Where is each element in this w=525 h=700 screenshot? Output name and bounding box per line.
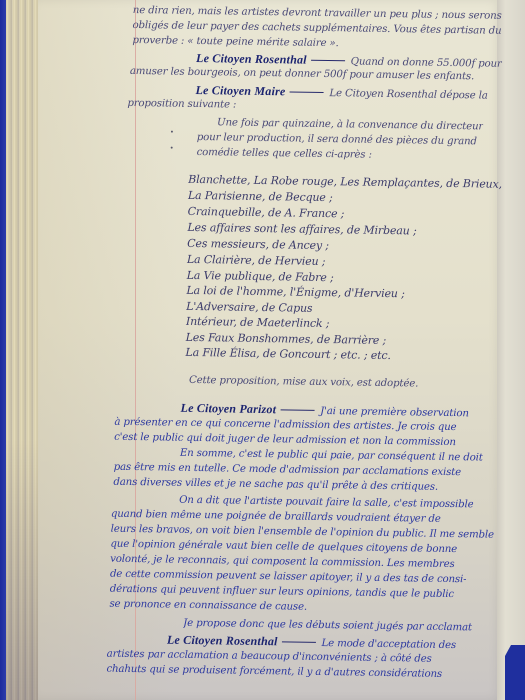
speaker-name: Le Citoyen Parizot (180, 401, 276, 416)
text-line: pour leur production, il sera donné des … (197, 132, 477, 147)
speech-text: Le Citoyen Rosenthal dépose la (329, 88, 487, 101)
speaker-name: Le Citoyen Rosenthal (167, 633, 278, 649)
play-title: Les affaires sont les affaires, de Mirbe… (187, 221, 416, 238)
bullet-mark (171, 131, 173, 133)
text-line: On a dit que l'artiste pouvait faire la … (179, 495, 474, 511)
dash-rule (289, 91, 323, 93)
right-page-edge (497, 0, 525, 700)
speech-line: Le Citoyen ParizotJ'ai une première obse… (180, 401, 468, 421)
play-title: Ces messieurs, de Ancey ; (187, 237, 329, 252)
speech-line: Le Citoyen MaireLe Citoyen Rosenthal dép… (195, 83, 487, 103)
text-line: dérations qui peuvent influer sur leurs … (110, 584, 454, 600)
play-title: Blanchette, La Robe rouge, Les Remplaçan… (188, 173, 502, 191)
text-line: En somme, c'est le public qui paie, par … (180, 448, 483, 464)
text-line: ne dira rien, mais les artistes devront … (133, 5, 502, 22)
play-title: La Parisienne, de Becque ; (188, 189, 333, 204)
text-line: quand bien même une poignée de braillard… (111, 509, 441, 525)
speech-text: J'ai une première observation (320, 406, 469, 419)
play-title: Les Faux Bonshommes, de Barrière ; (186, 331, 387, 347)
dash-rule (282, 641, 316, 643)
text-line: proverbe : « toute peine mérite salaire … (132, 35, 338, 49)
photo-frame: ne dira rien, mais les artistes devront … (0, 0, 525, 700)
play-title: La Fille Élisa, de Goncourt ; etc. ; etc… (185, 346, 391, 362)
dash-rule (311, 60, 345, 62)
speech-text: Le mode d'acceptation des (322, 638, 457, 651)
text-line: leurs les bravos, on voit bien l'ensembl… (111, 524, 494, 541)
play-title: La Vie publique, de Fabre ; (187, 269, 334, 284)
play-title: Crainquebille, de A. France ; (188, 205, 345, 220)
speaker-name: Le Citoyen Maire (195, 83, 285, 98)
page-stack-edges (6, 0, 40, 700)
text-line: obligés de leur payer des cachets supplé… (133, 20, 502, 37)
bullet-mark (171, 147, 173, 149)
text-line: se prononce en connaissance de cause. (109, 599, 307, 613)
play-title: L'Adversaire, de Capus (186, 300, 312, 315)
text-line: c'est le public qui doit juger de leur a… (114, 432, 456, 448)
text-line: dans diverses villes et je ne sache pas … (113, 477, 438, 493)
text-line: Cette proposition, mise aux voix, est ad… (189, 375, 418, 390)
play-title: Intérieur, de Maeterlinck ; (186, 315, 330, 330)
dash-rule (280, 409, 314, 411)
text-line: pas être mis en tutelle. Ce mode d'admis… (114, 462, 462, 478)
text-line: proposition suivante : (127, 98, 236, 111)
text-line: volonté, je le reconnais, qui composent … (110, 554, 455, 570)
text-line: Je propose donc que les débuts soient ju… (183, 618, 472, 634)
handwritten-text: ne dira rien, mais les artistes devront … (124, 0, 497, 700)
speech-line: Le Citoyen RosenthalLe mode d'acceptatio… (167, 633, 456, 653)
speech-text: Quand on donne 55.000f pour (351, 56, 502, 69)
play-title: La Clairière, de Hervieu ; (187, 253, 326, 268)
play-title: La loi de l'homme, l'Énigme, d'Hervieu ; (186, 284, 404, 300)
text-line: comédie telles que celles ci-après : (197, 147, 372, 161)
text-line: chahuts qui se produisent forcément, il … (106, 664, 442, 680)
text-line: de cette commission peuvent se laisser a… (110, 569, 467, 586)
text-line: que l'opinion générale vaut bien celle d… (110, 539, 457, 555)
text-line: artistes par acclamation a beaucoup d'in… (107, 649, 432, 665)
speaker-name: Le Citoyen Rosenthal (196, 51, 307, 67)
text-line: Une fois par quinzaine, à la convenance … (217, 117, 483, 132)
